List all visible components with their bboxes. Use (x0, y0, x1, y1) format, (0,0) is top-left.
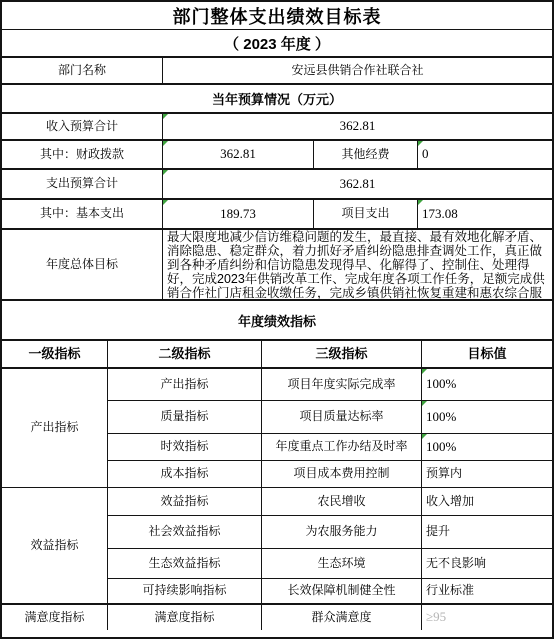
page-subtitle: （ 2023 年度 ） (224, 33, 330, 54)
target-cell: 收入增加 (422, 488, 552, 516)
level3-cell: 项目质量达标率 (262, 401, 422, 434)
error-indicator-triangle-icon (418, 141, 423, 146)
level2-cell: 质量指标 (108, 401, 262, 434)
level2-cell: 满意度指标 (108, 605, 262, 630)
col-header-level3: 三级指标 (262, 341, 422, 369)
budget-table: 收入预算合计 362.81 其中：财政拨款 362.81 其他经费 0 支出预算… (2, 114, 552, 230)
level1-group-output: 产出指标 (2, 369, 108, 488)
level3-cell: 生态环境 (262, 549, 422, 579)
error-indicator-triangle-icon (163, 200, 168, 205)
error-indicator-triangle-icon (163, 114, 168, 119)
title-row: 部门整体支出绩效目标表 (2, 2, 552, 30)
expense-total-value: 362.81 (163, 170, 552, 200)
project-expense-value: 173.08 (418, 200, 552, 230)
expense-total-label: 支出预算合计 (2, 170, 163, 200)
level3-cell: 长效保障机制健全性 (262, 579, 422, 605)
error-indicator-triangle-icon (422, 369, 427, 374)
col-header-target: 目标值 (422, 341, 552, 369)
performance-table: 一级指标 二级指标 三级指标 目标值 产出指标 产出指标 项目年度实际完成率 1… (2, 341, 552, 630)
level3-cell: 农民增收 (262, 488, 422, 516)
level2-cell: 效益指标 (108, 488, 262, 516)
target-cell: 预算内 (422, 461, 552, 488)
annual-goal-row: 年度总体目标 最大限度地减少信访维稳问题的发生，最直接、最有效地化解矛盾、消除隐… (2, 230, 552, 301)
level2-cell: 可持续影响指标 (108, 579, 262, 605)
performance-section-title: 年度绩效指标 (238, 311, 316, 330)
target-cell: ≥95 (422, 605, 552, 630)
target-cell: 100% (422, 434, 552, 461)
error-indicator-triangle-icon (163, 170, 168, 175)
target-cell: 100% (422, 369, 552, 401)
error-indicator-triangle-icon (163, 141, 168, 146)
level1-group-benefit: 效益指标 (2, 488, 108, 605)
target-cell: 行业标准 (422, 579, 552, 605)
department-name-value: 安远县供销合作社联合社 (163, 58, 552, 85)
target-cell: 100% (422, 401, 552, 434)
error-indicator-triangle-icon (418, 200, 423, 205)
annual-goal-text: 最大限度地减少信访维稳问题的发生，最直接、最有效地化解矛盾、消除隐患、稳定群众，… (163, 230, 552, 301)
error-indicator-triangle-icon (422, 401, 427, 406)
col-header-level1: 一级指标 (2, 341, 108, 369)
performance-target-table: 部门整体支出绩效目标表 （ 2023 年度 ） 部门名称 安远县供销合作社联合社… (0, 0, 554, 639)
basic-expense-value: 189.73 (163, 200, 314, 230)
level2-cell: 成本指标 (108, 461, 262, 488)
col-header-level2: 二级指标 (108, 341, 262, 369)
level3-cell: 项目年度实际完成率 (262, 369, 422, 401)
fiscal-allocation-value: 362.81 (163, 141, 314, 170)
error-indicator-triangle-icon (422, 434, 427, 439)
fiscal-allocation-label: 其中：财政拨款 (2, 141, 163, 170)
department-row: 部门名称 安远县供销合作社联合社 (2, 58, 552, 85)
other-funds-value: 0 (418, 141, 552, 170)
basic-expense-label: 其中：基本支出 (2, 200, 163, 230)
other-funds-label: 其他经费 (314, 141, 418, 170)
income-total-label: 收入预算合计 (2, 114, 163, 141)
level2-cell: 时效指标 (108, 434, 262, 461)
income-total-value: 362.81 (163, 114, 552, 141)
level2-cell: 生态效益指标 (108, 549, 262, 579)
subtitle-row: （ 2023 年度 ） (2, 30, 552, 58)
department-name-label: 部门名称 (2, 58, 163, 85)
level3-cell: 为农服务能力 (262, 516, 422, 549)
annual-goal-label: 年度总体目标 (2, 230, 163, 301)
performance-section-header: 年度绩效指标 (2, 301, 552, 341)
target-cell: 无不良影响 (422, 549, 552, 579)
project-expense-label: 项目支出 (314, 200, 418, 230)
level1-group-satisfaction: 满意度指标 (2, 605, 108, 630)
page-title: 部门整体支出绩效目标表 (173, 3, 382, 29)
level3-cell: 年度重点工作办结及时率 (262, 434, 422, 461)
level3-cell: 项目成本费用控制 (262, 461, 422, 488)
target-cell: 提升 (422, 516, 552, 549)
level2-cell: 社会效益指标 (108, 516, 262, 549)
level2-cell: 产出指标 (108, 369, 262, 401)
budget-section-title: 当年预算情况（万元） (212, 89, 342, 108)
level3-cell: 群众满意度 (262, 605, 422, 630)
budget-section-header: 当年预算情况（万元） (2, 85, 552, 114)
